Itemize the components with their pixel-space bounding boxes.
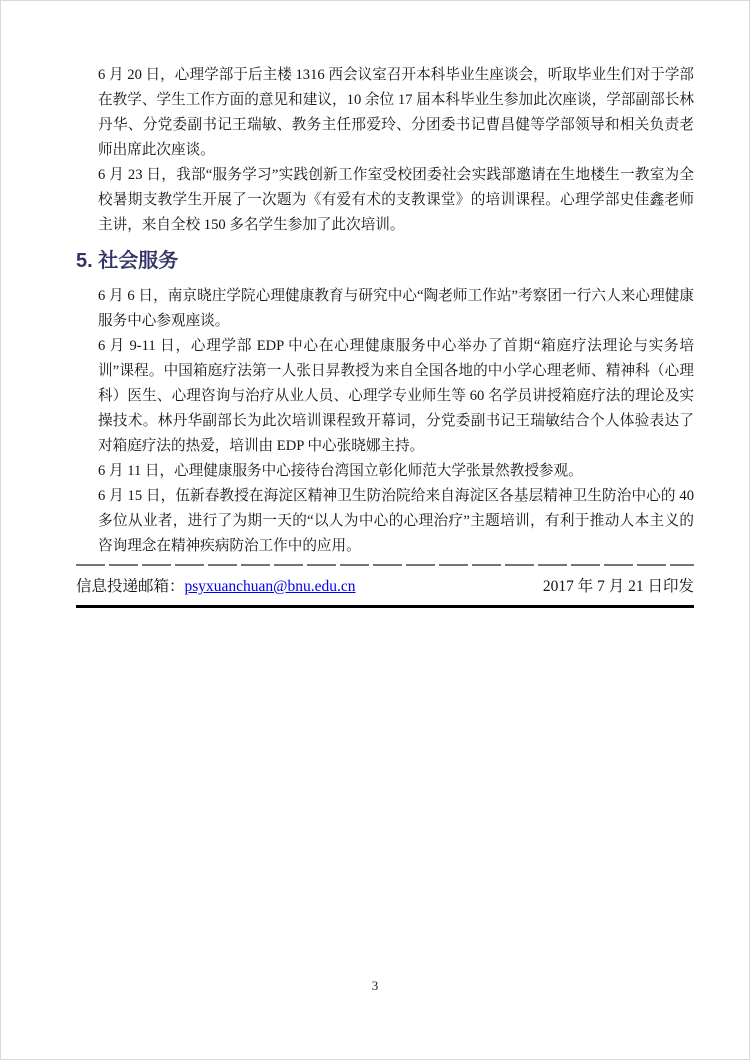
page-footer: 信息投递邮箱：psyxuanchuan@bnu.edu.cn 2017 年 7 … (76, 564, 694, 608)
footer-row: 信息投递邮箱：psyxuanchuan@bnu.edu.cn 2017 年 7 … (76, 566, 694, 605)
bullet-text: 6 月 20 日，心理学部于后主楼 1316 西会议室召开本科毕业生座谈会，听取… (98, 63, 694, 163)
list-item: 6 月 15 日，伍新春教授在海淀区精神卫生防治院给来自海淀区各基层精神卫生防治… (76, 484, 694, 559)
list-item: 6 月 23 日，我部“服务学习”实践创新工作室受校团委社会实践部邀请在生地楼生… (76, 163, 694, 238)
print-date: 2017 年 7 月 21 日印发 (543, 574, 694, 596)
list-item: 6 月 20 日，心理学部于后主楼 1316 西会议室召开本科毕业生座谈会，听取… (76, 63, 694, 163)
email-link[interactable]: psyxuanchuan@bnu.edu.cn (185, 578, 356, 595)
events-list-previous-section: 6 月 20 日，心理学部于后主楼 1316 西会议室召开本科毕业生座谈会，听取… (76, 63, 694, 238)
list-item: 6 月 11 日，心理健康服务中心接待台湾国立彰化师范大学张景然教授参观。 (76, 459, 694, 484)
bullet-icon (76, 284, 98, 334)
bullet-icon (76, 63, 98, 163)
footer-email: 信息投递邮箱：psyxuanchuan@bnu.edu.cn (76, 574, 355, 596)
bullet-text: 6 月 15 日，伍新春教授在海淀区精神卫生防治院给来自海淀区各基层精神卫生防治… (98, 484, 694, 559)
page-number: 3 (1, 978, 749, 994)
solid-divider (76, 605, 694, 608)
list-item: 6 月 9-11 日，心理学部 EDP 中心在心理健康服务中心举办了首期“箱庭疗… (76, 334, 694, 459)
bullet-text: 6 月 11 日，心理健康服务中心接待台湾国立彰化师范大学张景然教授参观。 (98, 459, 694, 484)
bullet-icon (76, 459, 98, 484)
section-heading-social-services: 5. 社会服务 (76, 248, 694, 274)
bullet-icon (76, 163, 98, 238)
events-list-social-services: 6 月 6 日，南京晓庄学院心理健康教育与研究中心“陶老师工作站”考察团一行六人… (76, 284, 694, 559)
bullet-text: 6 月 9-11 日，心理学部 EDP 中心在心理健康服务中心举办了首期“箱庭疗… (98, 334, 694, 459)
bullet-icon (76, 334, 98, 459)
bullet-text: 6 月 23 日，我部“服务学习”实践创新工作室受校团委社会实践部邀请在生地楼生… (98, 163, 694, 238)
email-label: 信息投递邮箱： (76, 578, 185, 595)
bullet-icon (76, 484, 98, 559)
bullet-text: 6 月 6 日，南京晓庄学院心理健康教育与研究中心“陶老师工作站”考察团一行六人… (98, 284, 694, 334)
page-content: 6 月 20 日，心理学部于后主楼 1316 西会议室召开本科毕业生座谈会，听取… (76, 63, 694, 559)
list-item: 6 月 6 日，南京晓庄学院心理健康教育与研究中心“陶老师工作站”考察团一行六人… (76, 284, 694, 334)
document-page: 6 月 20 日，心理学部于后主楼 1316 西会议室召开本科毕业生座谈会，听取… (0, 0, 750, 1060)
